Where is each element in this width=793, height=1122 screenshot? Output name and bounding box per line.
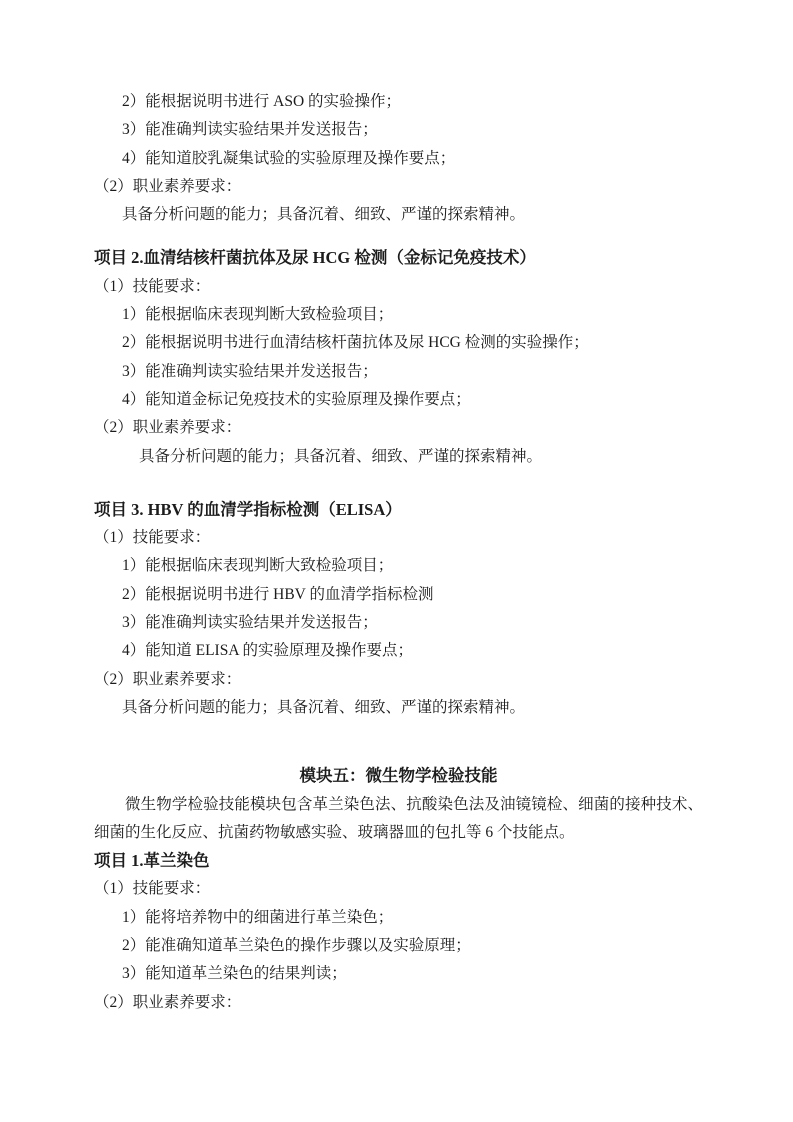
module-5-title: 模块五：微生物学检验技能 xyxy=(94,762,703,790)
skill-item: 4）能知道金标记免疫技术的实验原理及操作要点； xyxy=(94,386,703,414)
skill-item: 2）能根据说明书进行血清结核杆菌抗体及尿 HCG 检测的实验操作； xyxy=(94,329,703,357)
quality-requirements-text: 具备分析问题的能力；具备沉着、细致、严谨的探索精神。 xyxy=(94,201,703,229)
skill-item: 1）能根据临床表现判断大致检验项目； xyxy=(94,301,703,329)
quality-requirements-label: （2）职业素养要求： xyxy=(94,989,703,1017)
project-2-heading: 项目 2.血清结核杆菌抗体及尿 HCG 检测（金标记免疫技术） xyxy=(94,244,703,272)
skill-item: 1）能根据临床表现判断大致检验项目； xyxy=(94,552,703,580)
quality-requirements-label: （2）职业素养要求： xyxy=(94,173,703,201)
skills-requirements-label: （1）技能要求： xyxy=(94,875,703,903)
skill-item: 3）能准确判读实验结果并发送报告； xyxy=(94,116,703,144)
skill-item: 4）能知道胶乳凝集试验的实验原理及操作要点； xyxy=(94,145,703,173)
skill-item: 3）能准确判读实验结果并发送报告； xyxy=(94,358,703,386)
document-page: 2）能根据说明书进行 ASO 的实验操作； 3）能准确判读实验结果并发送报告； … xyxy=(0,0,793,1122)
skill-item: 4）能知道 ELISA 的实验原理及操作要点； xyxy=(94,637,703,665)
skills-requirements-label: （1）技能要求： xyxy=(94,273,703,301)
quality-requirements-text: 具备分析问题的能力；具备沉着、细致、严谨的探索精神。 xyxy=(94,443,703,471)
module-5-intro: 微生物学检验技能模块包含革兰染色法、抗酸染色法及油镜镜检、细菌的接种技术、细菌的… xyxy=(94,791,703,848)
skill-item: 2）能准确知道革兰染色的操作步骤以及实验原理； xyxy=(94,932,703,960)
skill-item: 3）能知道革兰染色的结果判读； xyxy=(94,960,703,988)
project-3-heading: 项目 3. HBV 的血清学指标检测（ELISA） xyxy=(94,496,703,524)
module5-project-1-heading: 项目 1.革兰染色 xyxy=(94,847,703,875)
quality-requirements-label: （2）职业素养要求： xyxy=(94,666,703,694)
skill-item: 3）能准确判读实验结果并发送报告； xyxy=(94,609,703,637)
skill-item: 2）能根据说明书进行 HBV 的血清学指标检测 xyxy=(94,581,703,609)
skills-requirements-label: （1）技能要求： xyxy=(94,524,703,552)
document-content: 2）能根据说明书进行 ASO 的实验操作； 3）能准确判读实验结果并发送报告； … xyxy=(94,88,703,1017)
skill-item: 2）能根据说明书进行 ASO 的实验操作； xyxy=(94,88,703,116)
quality-requirements-text: 具备分析问题的能力；具备沉着、细致、严谨的探索精神。 xyxy=(94,694,703,722)
quality-requirements-label: （2）职业素养要求： xyxy=(94,414,703,442)
skill-item: 1）能将培养物中的细菌进行革兰染色； xyxy=(94,904,703,932)
